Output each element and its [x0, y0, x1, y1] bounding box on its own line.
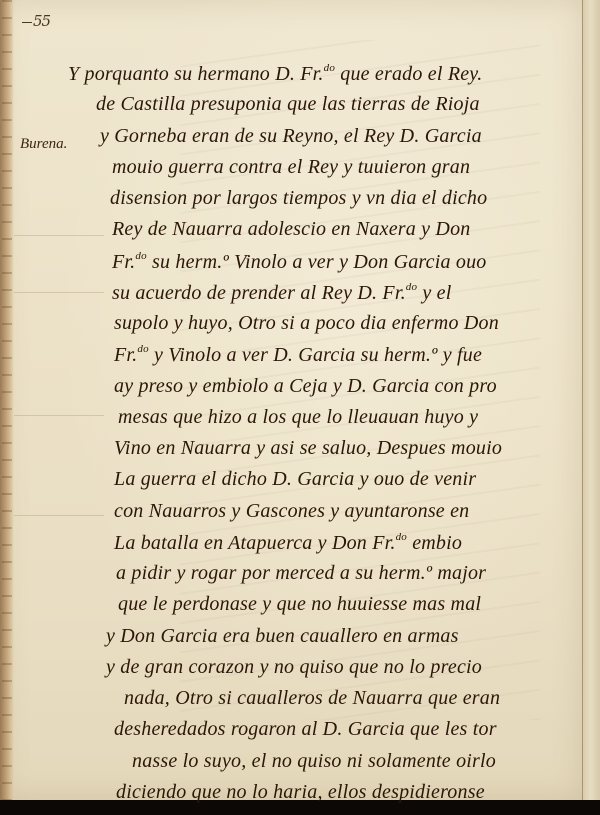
binding-stains: [2, 0, 12, 815]
text-line-23: nasse lo suyo, el no quiso ni solamente …: [132, 750, 496, 773]
text-line-6: Rey de Nauarra adolescio en Naxera y Don: [112, 218, 470, 241]
text-line-1: Y porquanto su hermano D. Fr.do que erad…: [68, 62, 483, 86]
paper-fold-line: [14, 415, 104, 416]
text-line-9: supolo y huyo, Otro si a poco dia enferm…: [114, 312, 499, 335]
text-line-11: ay preso y embiolo a Ceja y D. Garcia co…: [114, 375, 497, 398]
text-line-8: su acuerdo de prender al Rey D. Fr.do y …: [112, 281, 452, 305]
text-line-20: y de gran corazon y no quiso que no lo p…: [106, 656, 482, 679]
text-line-22: desheredados rogaron al D. Garcia que le…: [114, 718, 497, 741]
text-line-4: mouio guerra contra el Rey y tuuieron gr…: [112, 156, 470, 179]
paper-fold-line: [14, 515, 104, 516]
text-line-14: La guerra el dicho D. Garcia y ouo de ve…: [114, 468, 476, 491]
text-line-12: mesas que hizo a los que lo lleuauan huy…: [118, 406, 478, 429]
text-line-2: de Castilla presuponia que las tierras d…: [96, 93, 480, 116]
text-line-3: y Gorneba eran de su Reyno, el Rey D. Ga…: [100, 125, 482, 148]
folio-number: 55: [22, 12, 50, 30]
text-line-24: diciendo que no lo haria, ellos despidie…: [116, 781, 485, 804]
text-line-21: nada, Otro si caualleros de Nauarra que …: [124, 687, 500, 710]
text-line-7: Fr.do su herm.º Vinolo a ver y Don Garci…: [112, 250, 487, 274]
text-line-10: Fr.do y Vinolo a ver D. Garcia su herm.º…: [114, 343, 482, 367]
text-line-5: disension por largos tiempos y vn dia el…: [110, 187, 487, 210]
text-line-17: a pidir y rogar por merced a su herm.º m…: [116, 562, 486, 585]
text-line-18: que le perdonase y que no huuiesse mas m…: [118, 593, 481, 616]
paper-fold-line: [14, 235, 104, 236]
text-line-15: con Nauarros y Gascones y ayuntaronse en: [114, 500, 469, 523]
text-line-16: La batalla en Atapuerca y Don Fr.do embi…: [114, 531, 462, 555]
text-line-19: y Don Garcia era buen cauallero en armas: [106, 625, 459, 648]
paper-fold-line: [14, 292, 104, 293]
next-page-edge: [582, 0, 600, 808]
text-line-13: Vino en Nauarra y asi se saluo, Despues …: [114, 437, 502, 460]
manuscript-page: [0, 0, 584, 800]
marginal-note: Burena.: [20, 136, 67, 153]
